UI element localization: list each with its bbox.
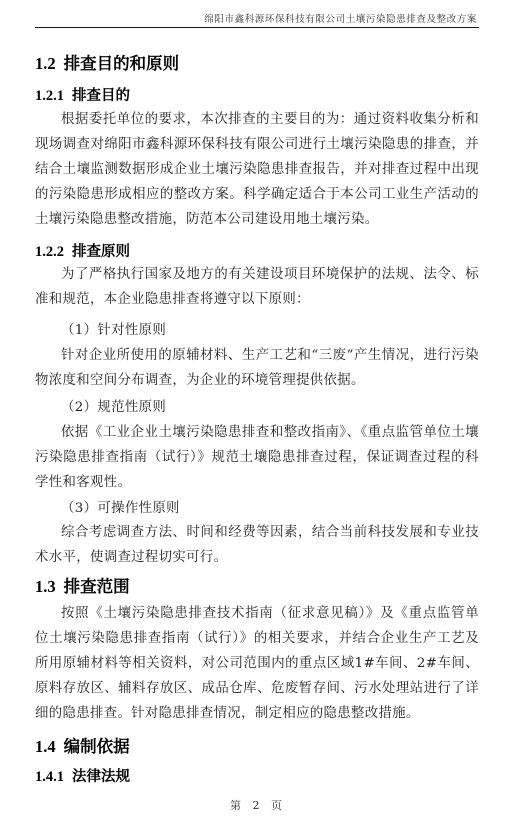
paragraph-purpose: 根据委托单位的要求，本次排查的主要目的为：通过资料收集分析和现场调查对绵阳市鑫科… [35, 107, 479, 232]
paragraph-principles-intro: 为了严格执行国家及地方的有关建设项目环境保护的法规、法令、标准和规范，本企业隐患… [35, 262, 479, 312]
heading-title: 编制依据 [64, 737, 130, 756]
heading-number: 1.2 [35, 54, 56, 73]
heading-number: 1.4 [35, 737, 56, 756]
heading-1-4-1: 1.4.1法律法规 [35, 765, 130, 786]
principle-1-label: （1）针对性原则 [61, 318, 166, 343]
heading-title: 排查目的 [72, 88, 130, 104]
heading-title: 法律法规 [72, 769, 130, 785]
heading-1-2-1: 1.2.1排查目的 [35, 84, 130, 105]
principle-2-label: （2）规范性原则 [61, 395, 166, 420]
heading-1-4: 1.4编制依据 [35, 733, 130, 757]
paragraph-scope: 按照《土壤污染隐患排查技术指南（征求意见稿）》及《重点监管单位土壤污染隐患排查指… [35, 601, 479, 726]
page-header: 绵阳市鑫科源环保科技有限公司土壤污染隐患排查及整改方案 [35, 0, 479, 28]
heading-number: 1.2.1 [35, 88, 64, 104]
heading-number: 1.4.1 [35, 769, 64, 785]
heading-1-2-2: 1.2.2排查原则 [35, 240, 130, 261]
principle-2-text: 依据《工业企业土壤污染隐患排查和整改指南》、《重点监管单位土壤污染隐患排查指南（… [35, 420, 479, 495]
heading-1-2: 1.2排查目的和原则 [35, 50, 179, 74]
heading-number: 1.3 [35, 577, 56, 596]
heading-number: 1.2.2 [35, 244, 64, 260]
principle-3-label: （3）可操作性原则 [61, 496, 180, 521]
heading-title: 排查原则 [72, 244, 130, 260]
page-number: 第 2 页 [0, 797, 516, 813]
running-title: 绵阳市鑫科源环保科技有限公司土壤污染隐患排查及整改方案 [204, 11, 477, 25]
principle-1-text: 针对企业所使用的原辅材料、生产工艺和“三废”产生情况，进行污染物浓度和空间分布调… [35, 343, 479, 393]
heading-title: 排查范围 [64, 577, 130, 596]
heading-1-3: 1.3排查范围 [35, 573, 130, 597]
principle-3-text: 综合考虑调查方法、时间和经费等因素，结合当前科技发展和专业技术水平，使调查过程切… [35, 520, 479, 570]
heading-title: 排查目的和原则 [64, 54, 180, 73]
